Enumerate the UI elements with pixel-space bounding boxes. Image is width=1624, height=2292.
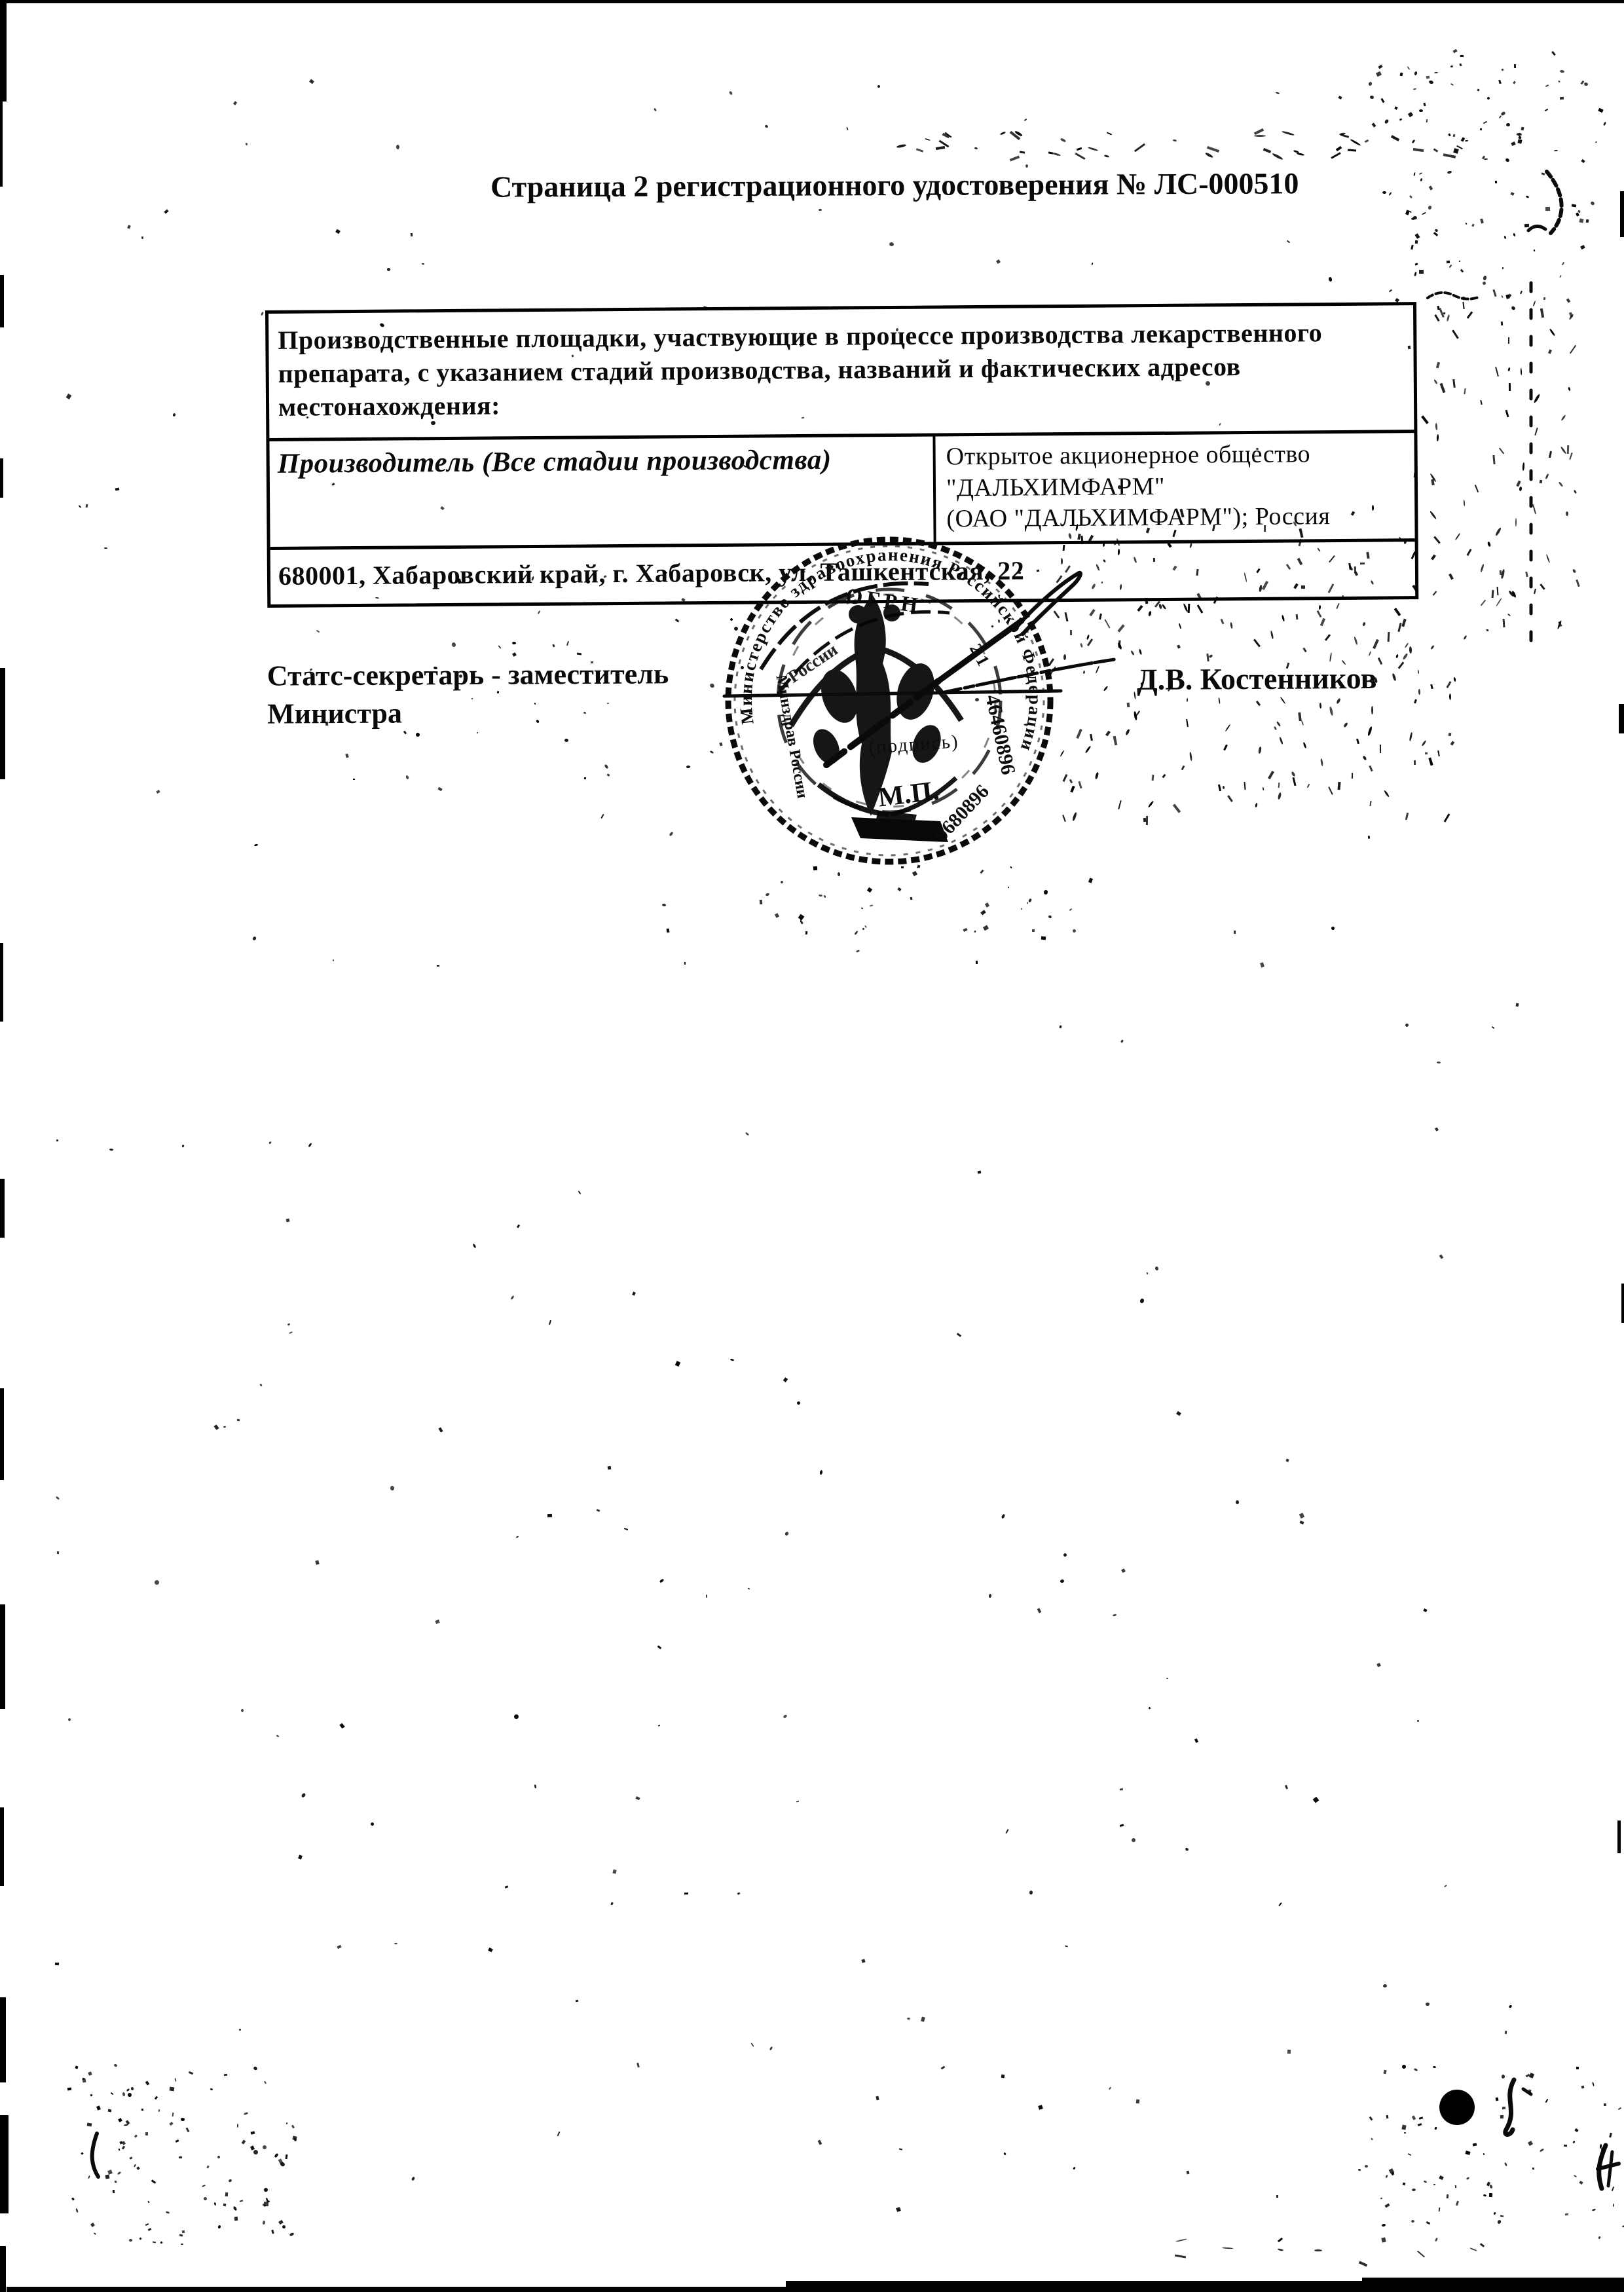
scan-noise-speck [1189,752,1192,761]
scan-noise-speck [151,2179,156,2183]
scan-noise-speck [104,547,107,549]
scan-noise-speck [819,895,822,897]
scan-noise-speck [396,145,399,149]
scan-noise-speck [286,2122,287,2125]
scan-noise-speck [451,642,456,647]
scan-noise-speck [1078,781,1082,788]
scan-noise-speck [1328,276,1333,282]
scan-noise-speck [1276,2195,1278,2198]
scan-noise-speck [119,2149,120,2151]
scan-noise-speck [1581,2086,1585,2089]
scan-noise-speck [1298,712,1302,721]
scan-noise-speck [635,1796,640,1800]
scan-noise-speck [1185,1847,1189,1851]
scan-noise-speck [224,2074,227,2077]
scan-noise-speck [1419,270,1424,274]
scan-noise-speck [1496,2098,1499,2101]
scan-noise-speck [239,2029,242,2031]
scan-noise-speck [1398,661,1405,669]
scan-noise-speck [1431,555,1436,561]
scan-noise-speck [1492,289,1496,297]
scan-noise-speck [1545,473,1549,479]
scan-noise-speck [1354,637,1358,645]
edge-pen-mark [1608,2152,1612,2186]
scan-noise-speck [1453,677,1456,682]
scan-noise-speck [1548,349,1552,354]
scan-noise-speck [1473,2143,1477,2146]
scan-noise-speck [276,1735,279,1737]
scan-noise-speck [1148,1707,1151,1709]
scan-noise-speck [1487,542,1491,547]
stamp-ink-smudge [851,811,948,842]
scan-noise-speck [271,2230,274,2234]
scan-noise-speck [1372,505,1374,511]
scan-noise-speck [1001,2075,1005,2079]
scan-noise-speck [1391,135,1399,141]
scan-noise-speck [1000,131,1006,135]
scan-noise-speck [1540,308,1544,318]
scan-noise-speck [783,1714,787,1718]
scan-noise-speck [896,143,907,148]
scan-noise-speck [1175,2255,1186,2259]
scan-noise-speck [81,2152,83,2154]
scan-noise-speck [925,138,931,141]
scan-noise-speck [861,1959,865,1963]
scan-noise-speck [1296,614,1299,619]
scan-noise-speck [134,2164,136,2167]
scan-noise-speck [1426,2003,1430,2006]
scan-noise-speck [390,1486,394,1491]
scan-noise-speck [1566,511,1568,516]
scan-noise-speck [1545,84,1549,87]
scan-noise-speck [936,146,945,150]
scan-noise-speck [1482,281,1486,286]
scan-noise-speck [253,2149,259,2155]
scan-noise-speck [181,2244,183,2245]
scan-noise-speck [174,2078,176,2082]
scan-noise-speck [1496,598,1502,607]
scan-noise-speck [1188,604,1190,613]
scan-noise-speck [1003,2153,1006,2156]
margin-curl-mark [92,2134,98,2177]
scan-noise-speck [1513,81,1516,84]
scan-noise-speck [1528,2141,1533,2146]
scan-noise-speck [1570,345,1576,354]
scan-noise-speck [1029,1891,1033,1895]
scan-noise-speck [1526,195,1530,198]
scan-noise-speck [1603,122,1606,126]
scan-noise-speck [1511,141,1516,146]
scan-noise-speck [1423,103,1426,107]
scan-noise-speck [783,1377,788,1382]
scan-noise-speck [170,2086,175,2091]
scan-noise-speck [1388,192,1392,196]
scan-noise-speck [437,965,439,967]
scan-noise-speck [1419,109,1423,112]
scan-noise-speck [79,505,82,508]
scan-noise-speck [1378,65,1382,69]
scan-noise-speck [1382,2223,1386,2227]
scan-noise-speck [339,1723,344,1729]
scan-noise-speck [1048,151,1053,154]
scan-noise-speck [228,2179,232,2183]
scan-noise-speck [498,645,501,649]
scan-noise-speck [1508,337,1509,344]
scan-noise-speck [217,2155,220,2158]
scan-noise-speck [1549,451,1552,458]
scan-noise-speck [1260,962,1264,967]
scan-noise-speck [115,487,120,490]
scan-noise-speck [1422,212,1426,215]
scan-noise-speck [1127,703,1130,707]
scan-noise-speck [607,703,609,704]
scan-noise-speck [1218,785,1221,791]
scan-noise-speck [1549,328,1556,336]
scan-noise-speck [1579,2181,1583,2185]
scan-noise-speck [1136,2099,1140,2104]
scan-noise-speck [729,90,733,95]
scan-noise-speck [1510,192,1514,196]
scan-noise-speck [1435,2238,1438,2242]
scan-noise-speck [1448,134,1450,137]
edge-pen-mark [1599,2145,1606,2189]
scan-noise-speck [1433,2066,1436,2069]
scan-noise-speck [896,2207,901,2212]
scan-noise-speck [282,2225,286,2228]
scan-noise-speck [1471,224,1475,227]
scan-noise-speck [510,1295,514,1301]
scan-noise-speck [1465,140,1468,142]
scan-noise-speck [1447,170,1452,174]
scan-noise-speck [1280,697,1285,705]
scan-noise-speck [517,1225,520,1229]
scan-noise-speck [1409,646,1412,654]
scan-noise-speck [1528,2090,1531,2094]
scan-noise-speck [1520,291,1522,294]
scan-noise-speck [1368,651,1371,656]
scan-noise-speck [387,268,391,272]
scan-noise-speck [1413,148,1424,152]
scan-noise-speck [1572,2141,1576,2144]
scan-noise-speck [709,682,715,688]
scan-noise-speck [210,2088,213,2090]
scan-noise-speck [225,2192,228,2196]
scan-noise-speck [765,893,769,896]
scan-noise-speck [1137,605,1143,612]
scan-noise-speck [286,2154,288,2159]
margin-paren-mark [1547,172,1562,233]
scan-noise-speck [1559,481,1564,487]
scan-noise-speck [1502,267,1504,269]
scan-noise-speck [1405,642,1409,648]
scan-noise-speck [1314,2249,1322,2251]
scan-noise-speck [1384,119,1389,124]
scan-noise-speck [1505,2031,1507,2034]
scan-noise-speck [1413,88,1416,90]
scan-noise-speck [1187,2171,1190,2175]
scan-noise-speck [1076,729,1082,739]
scan-noise-speck [1348,149,1356,152]
scan-noise-speck [1532,504,1536,514]
scan-edge-artifact [0,458,3,498]
scan-noise-speck [1595,141,1598,143]
scan-noise-speck [1391,2172,1395,2175]
scan-noise-speck [287,1323,291,1326]
scan-noise-speck [549,1320,551,1325]
scan-noise-speck [1025,164,1028,168]
scan-noise-speck [1064,612,1068,621]
scan-noise-speck [1032,929,1035,932]
stamp-digits-right: 46460896 [981,693,1020,777]
scan-noise-speck [998,619,1001,623]
scan-noise-speck [976,961,978,964]
scan-noise-speck [473,1244,477,1249]
scan-noise-speck [1041,936,1046,940]
scan-noise-speck [1075,153,1085,160]
scan-noise-speck [1465,2151,1470,2155]
scan-noise-speck [1415,263,1418,265]
scan-noise-speck [1392,673,1397,682]
scan-noise-speck [263,2145,267,2150]
scan-noise-speck [1352,773,1353,779]
scan-noise-speck [1369,95,1374,99]
scan-noise-speck [1236,1500,1239,1504]
scan-noise-speck [237,1419,240,1422]
scan-noise-speck [179,2156,182,2158]
scan-noise-speck [1517,139,1522,143]
scan-noise-speck [632,1291,636,1295]
scan-noise-speck [512,642,516,644]
scan-noise-speck [182,2230,185,2233]
scan-noise-speck [912,871,917,876]
scan-noise-speck [1515,518,1517,527]
scan-edge-artifact [1620,191,1624,237]
scan-edge-artifact [0,275,4,327]
scan-noise-speck [1389,289,1392,293]
scan-noise-speck [160,2241,162,2244]
scan-noise-speck [1480,219,1484,224]
scan-noise-speck [1414,760,1416,765]
scan-noise-speck [1414,233,1420,239]
scan-noise-speck [232,2206,237,2211]
scan-noise-speck [1604,2103,1606,2106]
scan-noise-speck [1383,2070,1386,2075]
scan-noise-speck [1429,185,1433,190]
scan-noise-speck [1218,697,1220,704]
scan-noise-speck [1411,2220,1414,2223]
scan-edge-artifact [0,0,1624,3]
scan-noise-speck [1085,745,1092,753]
scan-noise-speck [1505,158,1510,162]
scan-noise-speck [942,133,950,138]
scan-noise-speck [1336,603,1339,609]
scan-noise-speck [1540,480,1543,484]
scan-noise-speck [169,2122,173,2126]
scan-noise-speck [1376,71,1382,77]
scan-noise-speck [1368,836,1370,839]
scan-noise-speck [1469,2247,1477,2251]
scan-noise-speck [1545,207,1550,211]
scan-noise-speck [957,1333,961,1337]
scan-noise-speck [819,1470,822,1475]
scan-noise-speck [1154,1266,1159,1270]
scan-noise-speck [1467,311,1473,318]
scan-noise-speck [1516,1003,1519,1007]
scan-noise-speck [1484,158,1488,160]
scan-noise-speck [1449,733,1452,737]
scan-noise-speck [1065,1945,1068,1947]
scan-noise-speck [1021,908,1023,910]
scan-noise-speck [1207,146,1219,153]
scan-noise-speck [1433,148,1439,152]
scan-noise-speck [1424,2180,1428,2183]
scan-edge-artifact [0,1604,5,1709]
scan-noise-speck [1080,643,1083,648]
scan-noise-speck [1369,2116,1373,2121]
scan-noise-speck [127,225,131,229]
scan-noise-speck [657,1645,662,1649]
scan-noise-speck [1104,155,1110,158]
scan-noise-speck [1462,302,1464,309]
scan-noise-speck [1148,800,1154,807]
scan-noise-speck [422,263,424,265]
scan-noise-speck [56,1496,60,1500]
scan-noise-speck [131,2087,134,2090]
scan-noise-speck [1609,2133,1612,2137]
scan-noise-speck [1414,473,1416,477]
scan-edge-artifact [7,2287,786,2292]
scan-noise-speck [394,1943,397,1944]
scan-noise-speck [1509,383,1511,391]
scan-noise-speck [897,887,901,891]
scan-noise-speck [1430,511,1437,520]
scan-noise-speck [591,661,593,663]
scan-noise-speck [996,259,1001,264]
scan-noise-speck [94,2232,96,2235]
scan-noise-speck [1419,172,1422,175]
scan-noise-speck [610,1902,614,1906]
scan-noise-speck [1463,635,1467,640]
scan-noise-speck [1369,766,1373,771]
scan-noise-speck [675,618,680,622]
scan-noise-speck [1278,1902,1282,1906]
scan-noise-speck [1501,68,1504,71]
scan-noise-speck [1455,533,1461,541]
scan-noise-speck [223,2204,227,2207]
scan-noise-speck [241,1709,244,1712]
scan-noise-speck [1340,134,1349,138]
scan-noise-speck [864,925,867,928]
scan-noise-speck [1452,329,1459,339]
scan-noise-speck [1285,1458,1289,1462]
scan-noise-speck [1384,790,1390,798]
scan-noise-speck [415,732,420,737]
scan-noise-speck [1437,750,1440,756]
scan-noise-speck [1401,619,1406,627]
scan-noise-speck [82,2079,86,2083]
scan-noise-speck [175,2139,179,2143]
scan-noise-speck [56,1139,58,1141]
scan-noise-speck [775,913,779,918]
scan-noise-speck [745,1132,750,1136]
scan-noise-speck [1505,410,1509,417]
scan-noise-speck [90,2223,95,2227]
scan-noise-speck [1063,654,1066,660]
scan-noise-speck [1317,610,1322,618]
scan-noise-speck [1152,775,1154,781]
scan-noise-speck [1091,263,1093,265]
scan-noise-speck [862,928,865,931]
scan-noise-speck [1301,720,1304,726]
scan-noise-speck [289,2232,295,2236]
scan-noise-speck [213,2202,216,2206]
scan-noise-speck [1397,623,1401,632]
scan-noise-speck [1480,2243,1485,2247]
scan-noise-speck [136,2166,140,2170]
scan-noise-speck [1566,298,1571,303]
scan-noise-speck [1070,630,1072,635]
scan-noise-speck [1095,772,1099,780]
scan-noise-speck [1499,115,1502,119]
scan-noise-speck [1270,631,1274,639]
scan-noise-speck [244,2112,249,2115]
scan-noise-speck [251,2131,255,2134]
scan-noise-speck [823,895,826,898]
scan-noise-speck [141,2109,144,2111]
scan-noise-speck [1319,605,1321,610]
scan-noise-speck [1282,130,1295,136]
scan-noise-speck [910,897,912,900]
scan-noise-speck [534,1784,536,1788]
scan-noise-speck [916,148,923,152]
scan-noise-speck [1395,654,1399,659]
scan-noise-speck [1435,423,1438,430]
scan-noise-speck [1230,622,1233,629]
scan-noise-speck [109,1149,113,1151]
scan-noise-speck [781,881,784,884]
scan-noise-speck [1125,729,1130,736]
scan-noise-speck [1362,621,1366,626]
scan-noise-speck [1565,2213,1568,2216]
scan-noise-speck [1134,143,1145,153]
scan-noise-speck [1069,908,1072,911]
scan-noise-speck [75,2065,78,2069]
scan-noise-speck [1371,706,1373,714]
scan-noise-speck [164,210,168,214]
scan-noise-speck [978,1170,982,1174]
scan-noise-speck [1070,786,1075,793]
scan-noise-speck [1205,152,1213,158]
scan-noise-speck [1534,250,1536,251]
scan-noise-speck [983,925,989,931]
scan-noise-speck [1365,139,1369,143]
scan-noise-speck [854,931,858,935]
scan-noise-speck [1541,172,1545,176]
scan-noise-speck [1278,2248,1283,2251]
scan-noise-speck [309,79,314,84]
scan-noise-speck [1134,692,1136,699]
scan-edge-artifact [786,2281,1362,2292]
scan-noise-speck [1475,485,1479,492]
scan-noise-speck [1492,590,1494,598]
scan-noise-speck [1113,736,1118,746]
scan-noise-speck [1130,650,1135,656]
page-header-text: Страница 2 регистрационного удостоверени… [490,166,1299,203]
scan-noise-speck [242,2139,246,2144]
scan-noise-speck [1358,2169,1361,2172]
scan-noise-speck [1063,774,1068,782]
scan-noise-speck [286,1218,289,1222]
